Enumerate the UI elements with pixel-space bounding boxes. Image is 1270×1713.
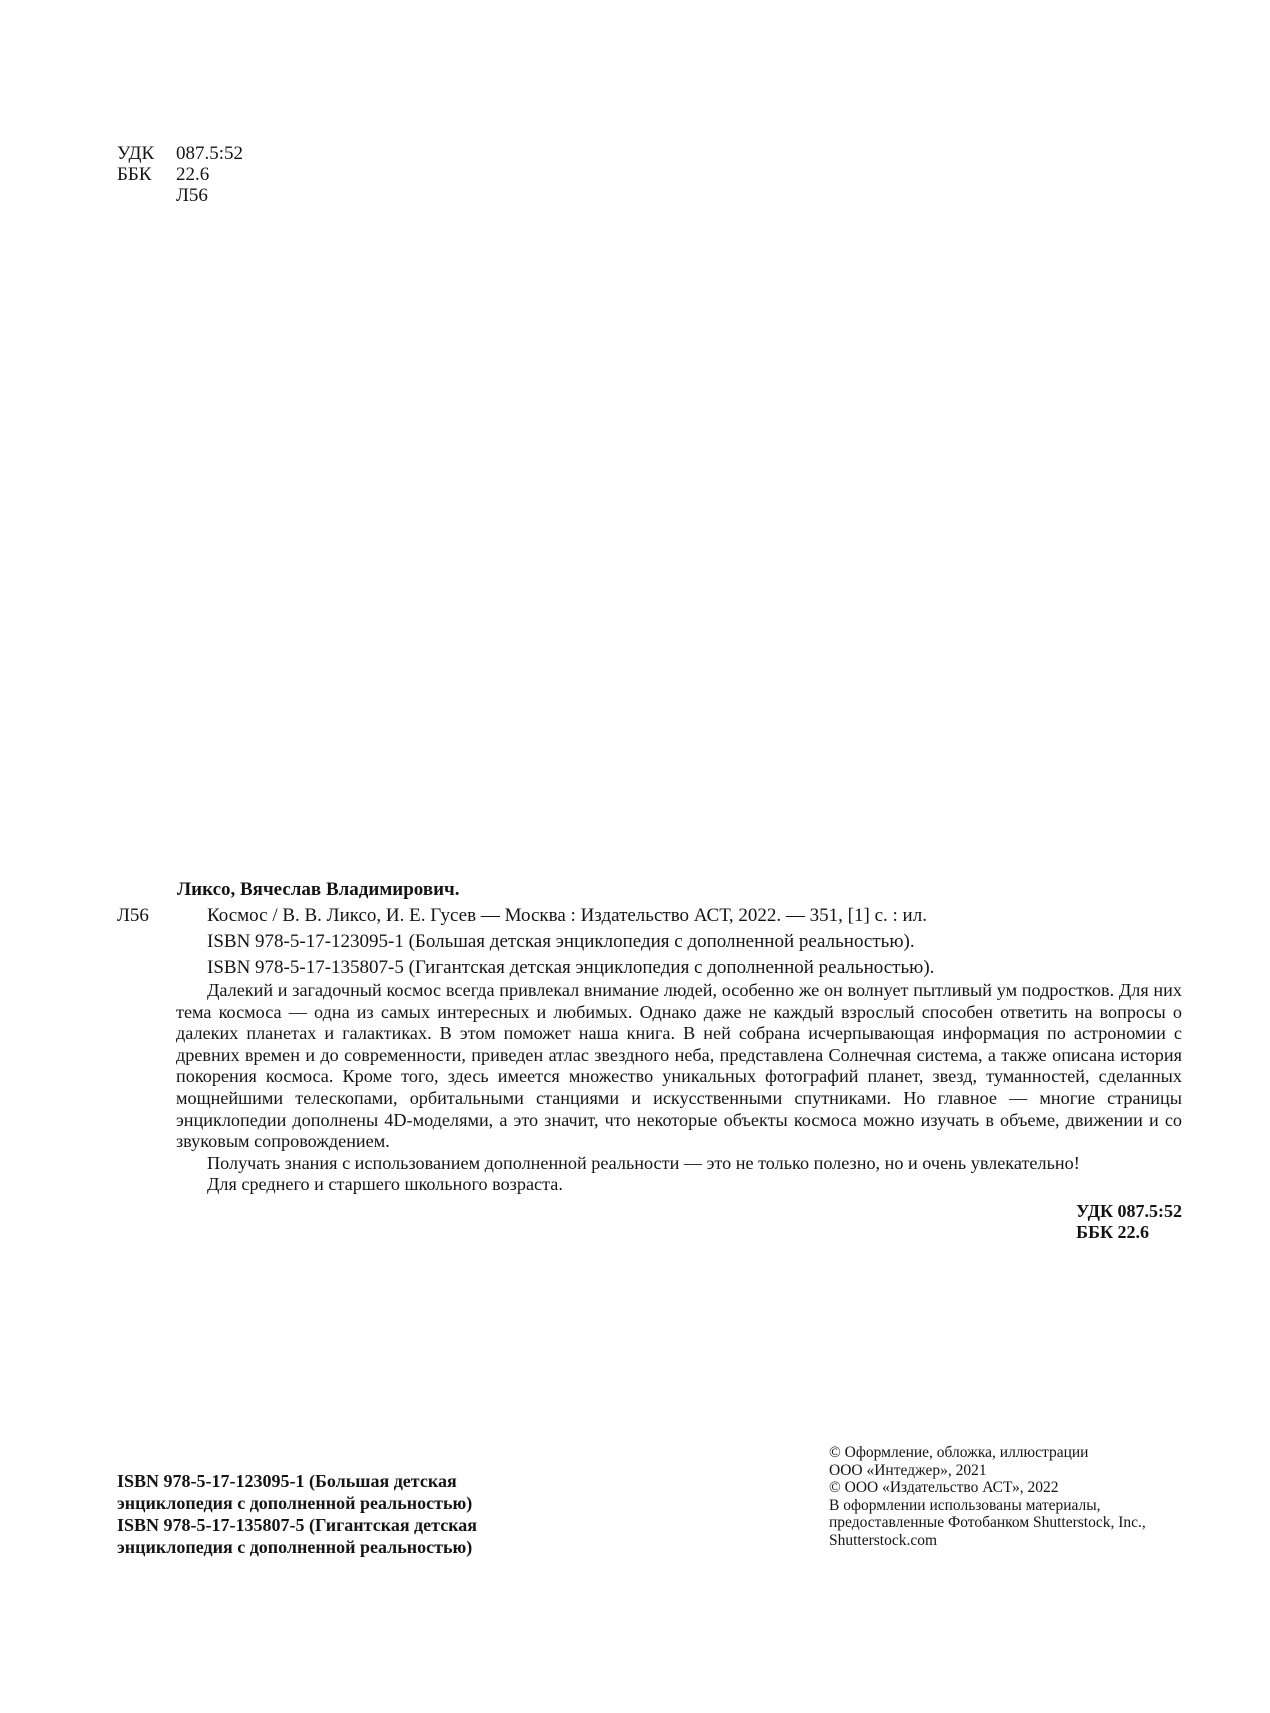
copyright-line: Shutterstock.com (829, 1532, 1146, 1550)
udk-label: УДК (117, 143, 176, 164)
copyright-line: ООО «Интеджер», 2021 (829, 1462, 1146, 1480)
copyright-line: предоставленные Фотобанком Shutterstock,… (829, 1514, 1146, 1532)
bbk-row: ББК 22.6 (117, 164, 243, 185)
abstract: Далекий и загадочный космос всегда привл… (176, 980, 1182, 1196)
udk-row: УДК 087.5:52 (117, 143, 243, 164)
isbn-block-line: энциклопедия с дополненной реальностью) (117, 1536, 477, 1558)
isbn-block-line: ISBN 978-5-17-123095-1 (Большая детская (117, 1470, 477, 1492)
udk-code: УДК 087.5:52 (1076, 1201, 1182, 1222)
isbn-block: ISBN 978-5-17-123095-1 (Большая детская … (117, 1470, 477, 1558)
isbn-block-line: энциклопедия с дополненной реальностью) (117, 1492, 477, 1514)
isbn-line-2: ISBN 978-5-17-135807-5 (Гигантская детск… (207, 956, 934, 980)
classification-codes-right: УДК 087.5:52 ББК 22.6 (1076, 1201, 1182, 1243)
isbn-block-line: ISBN 978-5-17-135807-5 (Гигантская детск… (117, 1514, 477, 1536)
copyright-line: © Оформление, обложка, иллюстрации (829, 1444, 1146, 1462)
author-mark: Л56 (117, 904, 149, 928)
bbk-value: 22.6 (176, 164, 209, 185)
author-mark-label (117, 185, 176, 206)
title-line: Космос / В. В. Ликсо, И. Е. Гусев — Моск… (207, 904, 927, 928)
author-mark-value: Л56 (176, 185, 208, 206)
abstract-paragraph-1: Далекий и загадочный космос всегда привл… (176, 980, 1182, 1153)
classification-codes-top: УДК 087.5:52 ББК 22.6 Л56 (117, 143, 243, 206)
bbk-label: ББК (117, 164, 176, 185)
copyright-line: В оформлении использованы материалы, (829, 1497, 1146, 1515)
audience-note: Для среднего и старшего школьного возрас… (176, 1174, 1182, 1196)
udk-value: 087.5:52 (176, 143, 243, 164)
bbk-code: ББК 22.6 (1076, 1222, 1182, 1243)
abstract-paragraph-2: Получать знания с использованием дополне… (176, 1153, 1182, 1175)
copyright-line: © ООО «Издательство АСТ», 2022 (829, 1479, 1146, 1497)
isbn-line-1: ISBN 978-5-17-123095-1 (Большая детская … (207, 930, 915, 954)
copyright-block: © Оформление, обложка, иллюстрации ООО «… (829, 1444, 1146, 1549)
author-mark-row: Л56 (117, 185, 243, 206)
author-heading: Ликсо, Вячеслав Владимирович. (177, 878, 460, 902)
